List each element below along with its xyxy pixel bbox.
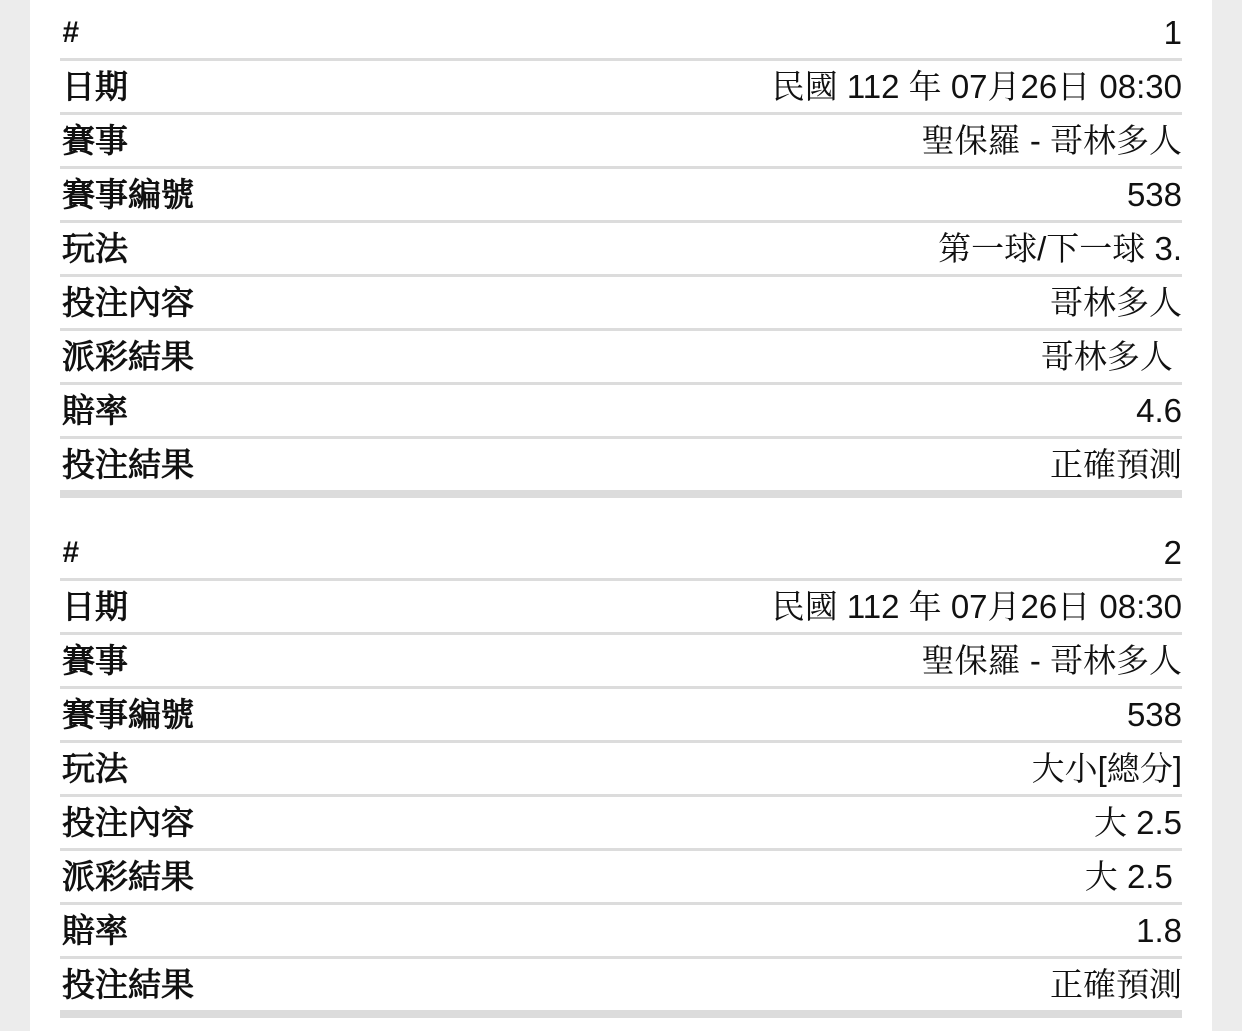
field-value: 538 <box>1127 689 1182 740</box>
field-row-selection: 投注內容 大 2.5 <box>60 797 1182 851</box>
field-label: 投注內容 <box>60 277 194 328</box>
index-label: # <box>60 527 79 578</box>
field-row-match: 賽事 聖保羅 - 哥林多人 <box>60 115 1182 169</box>
field-value: 哥林多人 <box>1041 331 1182 382</box>
bet-record-2: # 2 日期 民國 112 年 07月26日 08:30 賽事 聖保羅 - 哥林… <box>60 526 1182 1018</box>
field-label: 賽事 <box>60 635 128 686</box>
field-row-bet-type: 玩法 第一球/下一球 3. <box>60 223 1182 277</box>
bet-history-page: # 1 日期 民國 112 年 07月26日 08:30 賽事 聖保羅 - 哥林… <box>30 0 1212 1031</box>
index-label: # <box>60 7 79 58</box>
field-label: 賽事編號 <box>60 169 194 220</box>
field-value: 聖保羅 - 哥林多人 <box>922 115 1182 166</box>
field-row-date: 日期 民國 112 年 07月26日 08:30 <box>60 581 1182 635</box>
field-row-bet-result: 投注結果 正確預測 <box>60 439 1182 498</box>
record-index-row: # 1 <box>60 6 1182 61</box>
field-value: 第一球/下一球 3. <box>938 223 1182 274</box>
field-value: 聖保羅 - 哥林多人 <box>922 635 1182 686</box>
field-row-odds: 賠率 1.8 <box>60 905 1182 959</box>
field-row-bet-result: 投注結果 正確預測 <box>60 959 1182 1018</box>
field-row-match-id: 賽事編號 538 <box>60 169 1182 223</box>
field-label: 賽事 <box>60 115 128 166</box>
field-value: 民國 112 年 07月26日 08:30 <box>772 581 1182 632</box>
field-label: 賠率 <box>60 385 128 436</box>
field-row-match-id: 賽事編號 538 <box>60 689 1182 743</box>
field-value: 民國 112 年 07月26日 08:30 <box>772 61 1182 112</box>
field-label: 日期 <box>60 581 128 632</box>
field-row-date: 日期 民國 112 年 07月26日 08:30 <box>60 61 1182 115</box>
field-row-selection: 投注內容 哥林多人 <box>60 277 1182 331</box>
field-value: 正確預測 <box>1050 959 1182 1010</box>
field-value: 大 2.5 <box>1094 797 1182 848</box>
field-value: 正確預測 <box>1050 439 1182 490</box>
field-label: 日期 <box>60 61 128 112</box>
index-value: 2 <box>1164 527 1182 578</box>
field-value: 1.8 <box>1136 905 1182 956</box>
field-row-match: 賽事 聖保羅 - 哥林多人 <box>60 635 1182 689</box>
field-row-payout-result: 派彩結果 哥林多人 <box>60 331 1182 385</box>
field-row-bet-type: 玩法 大小[總分] <box>60 743 1182 797</box>
field-value: 大小[總分] <box>1032 743 1182 794</box>
field-label: 投注內容 <box>60 797 194 848</box>
field-value: 哥林多人 <box>1050 277 1182 328</box>
field-value: 大 2.5 <box>1085 851 1182 902</box>
field-label: 賽事編號 <box>60 689 194 740</box>
record-index-row: # 2 <box>60 526 1182 581</box>
field-label: 投注結果 <box>60 439 194 490</box>
field-label: 玩法 <box>60 743 128 794</box>
field-row-payout-result: 派彩結果 大 2.5 <box>60 851 1182 905</box>
field-label: 派彩結果 <box>60 331 194 382</box>
field-value: 4.6 <box>1136 385 1182 436</box>
field-label: 賠率 <box>60 905 128 956</box>
field-label: 派彩結果 <box>60 851 194 902</box>
field-label: 投注結果 <box>60 959 194 1010</box>
index-value: 1 <box>1164 7 1182 58</box>
field-row-odds: 賠率 4.6 <box>60 385 1182 439</box>
field-value: 538 <box>1127 169 1182 220</box>
bet-record-1: # 1 日期 民國 112 年 07月26日 08:30 賽事 聖保羅 - 哥林… <box>60 6 1182 498</box>
field-label: 玩法 <box>60 223 128 274</box>
